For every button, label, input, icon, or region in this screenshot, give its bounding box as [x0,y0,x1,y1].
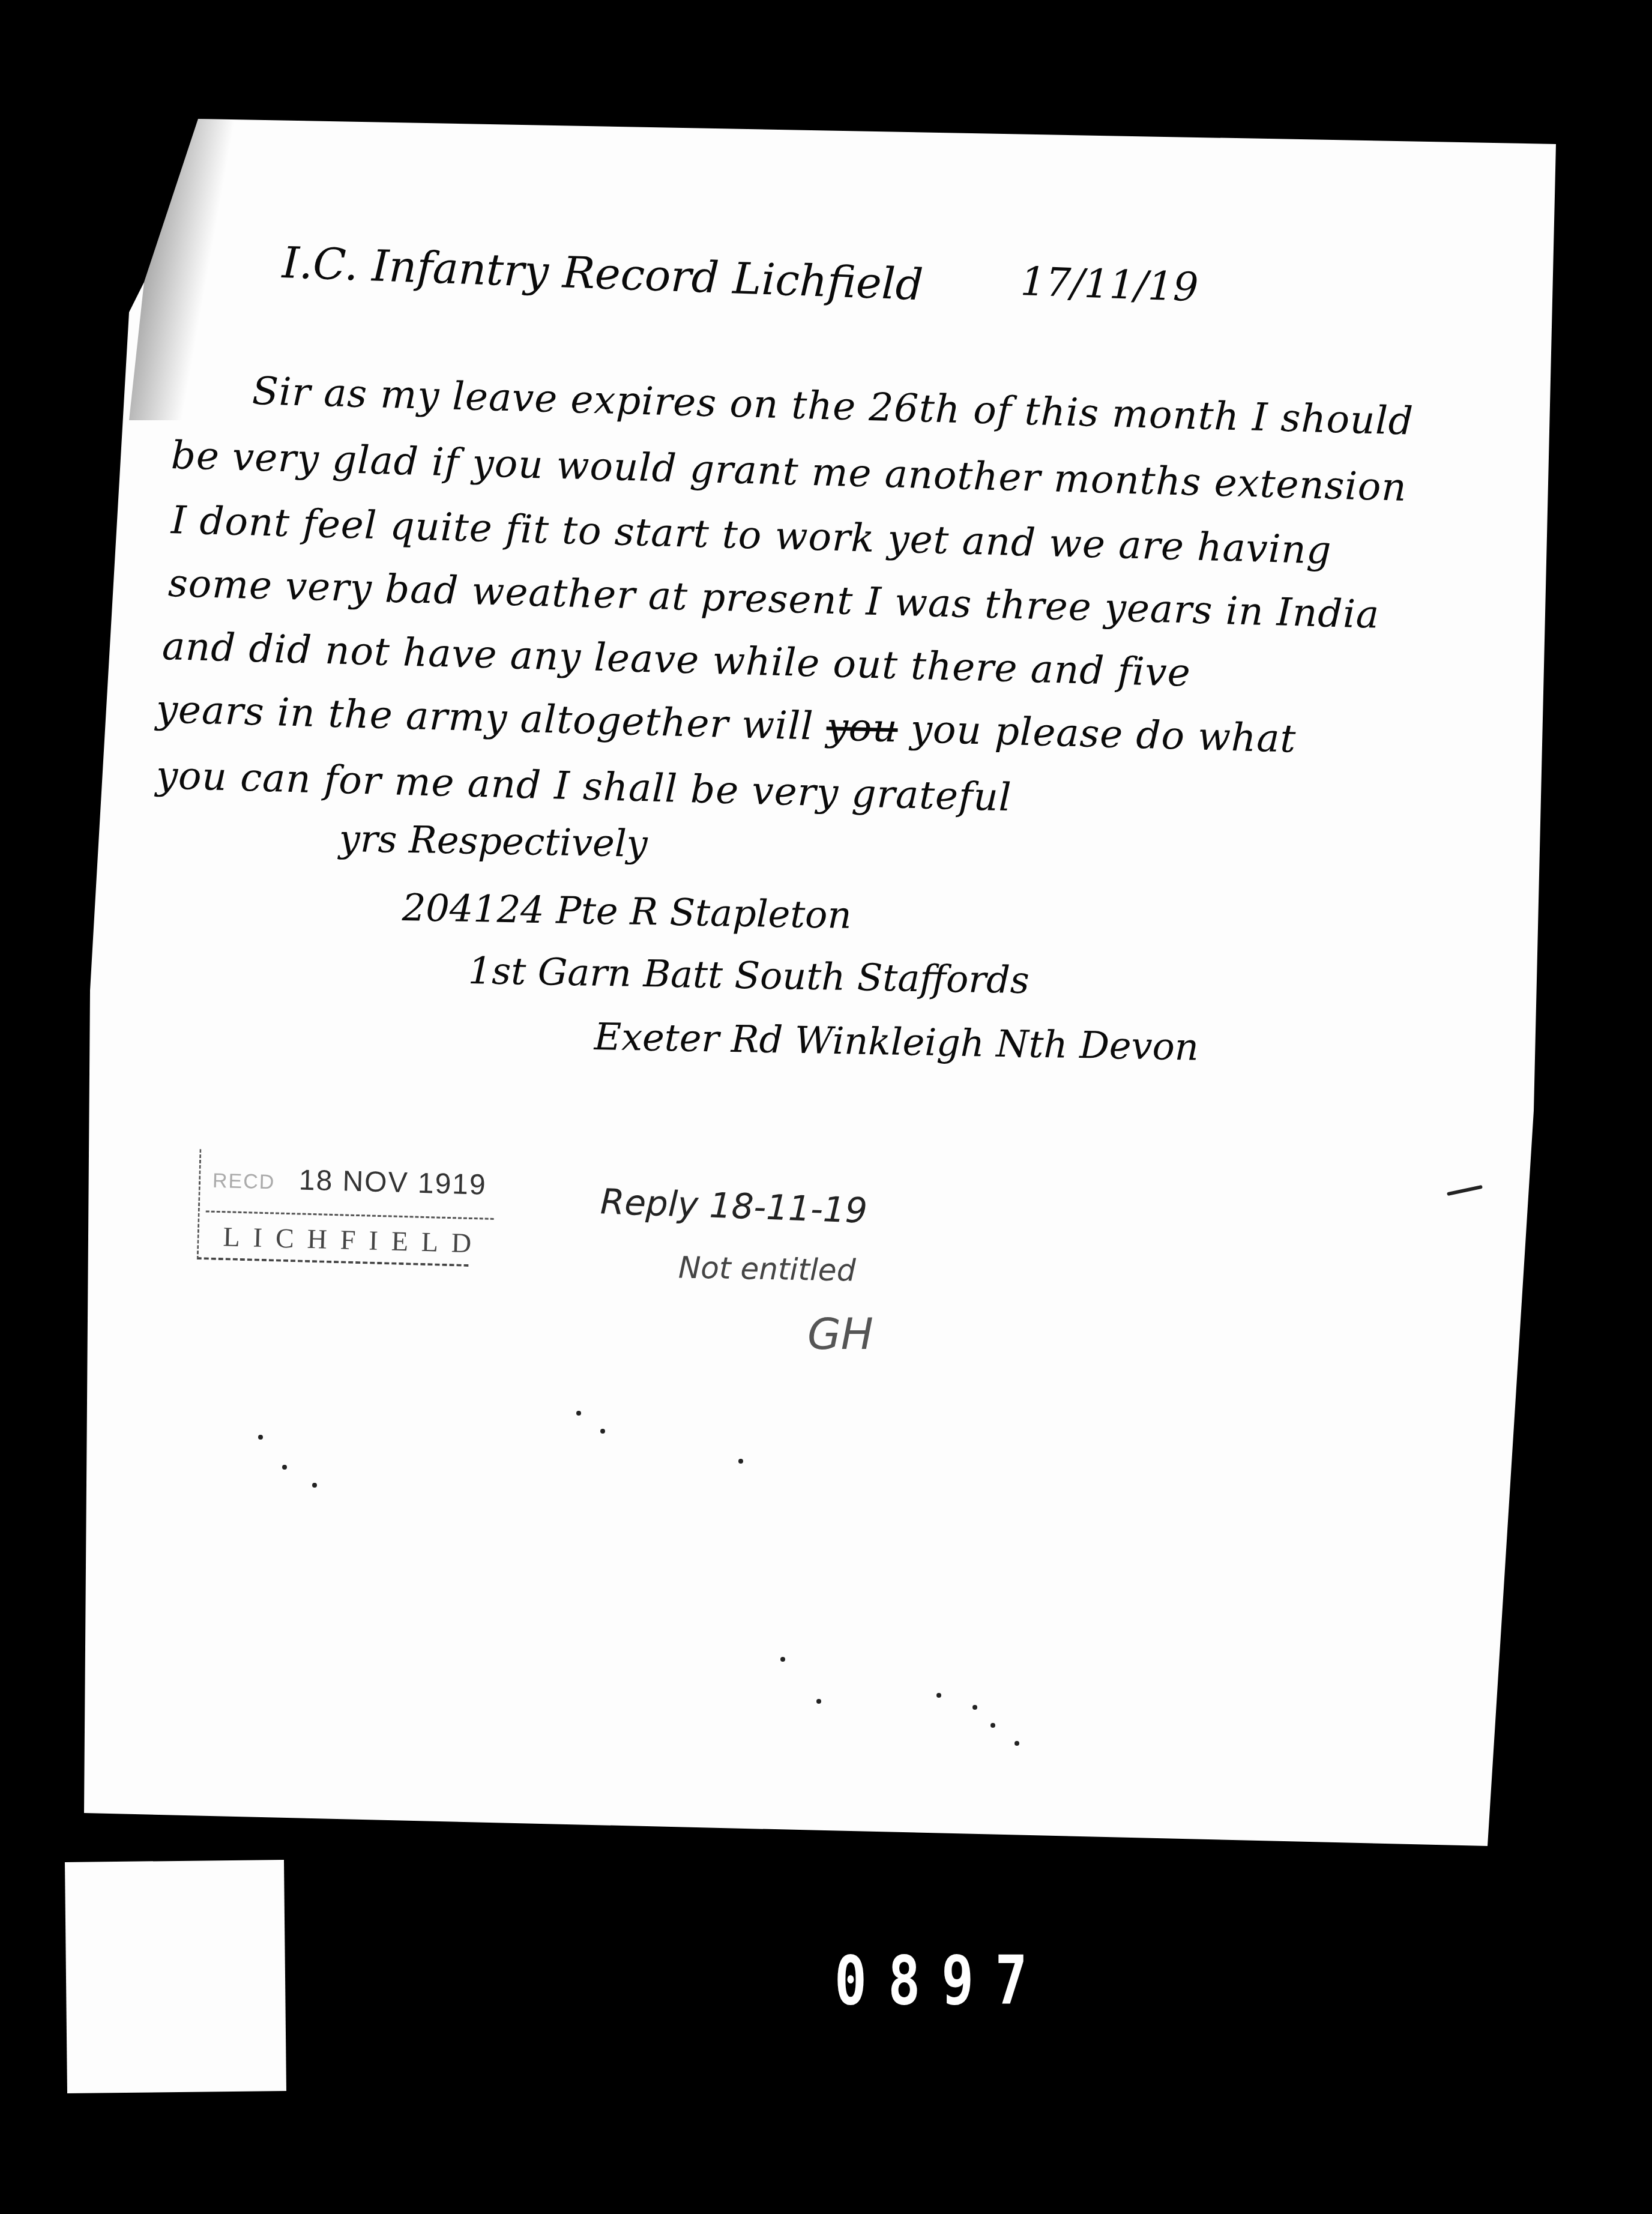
letter-date: 17/11/19 [1020,258,1199,310]
blank-card [65,1860,286,2093]
reply-note: Not entitled [678,1250,856,1288]
stamp-divider [206,1210,494,1220]
signature-name: 204124 Pte R Stapleton [402,885,852,937]
struck-word: you [826,705,899,751]
received-stamp: RECD 18 NOV 1919 LICHFIELD [197,1149,472,1267]
stamp-date: 18 NOV 1919 [298,1164,487,1201]
closing-salutation: yrs Respectively [339,816,648,866]
stamp-prefix: RECD [213,1169,276,1194]
reply-initials: GH [807,1309,873,1359]
microfilm-frame: I.C. Infantry Record Lichfield 17/11/19 … [0,0,1652,2214]
stamp-place: LICHFIELD [223,1220,485,1259]
stamp-date-row: RECD 18 NOV 1919 [213,1162,487,1202]
frame-number: 0897 [834,1942,1049,2020]
